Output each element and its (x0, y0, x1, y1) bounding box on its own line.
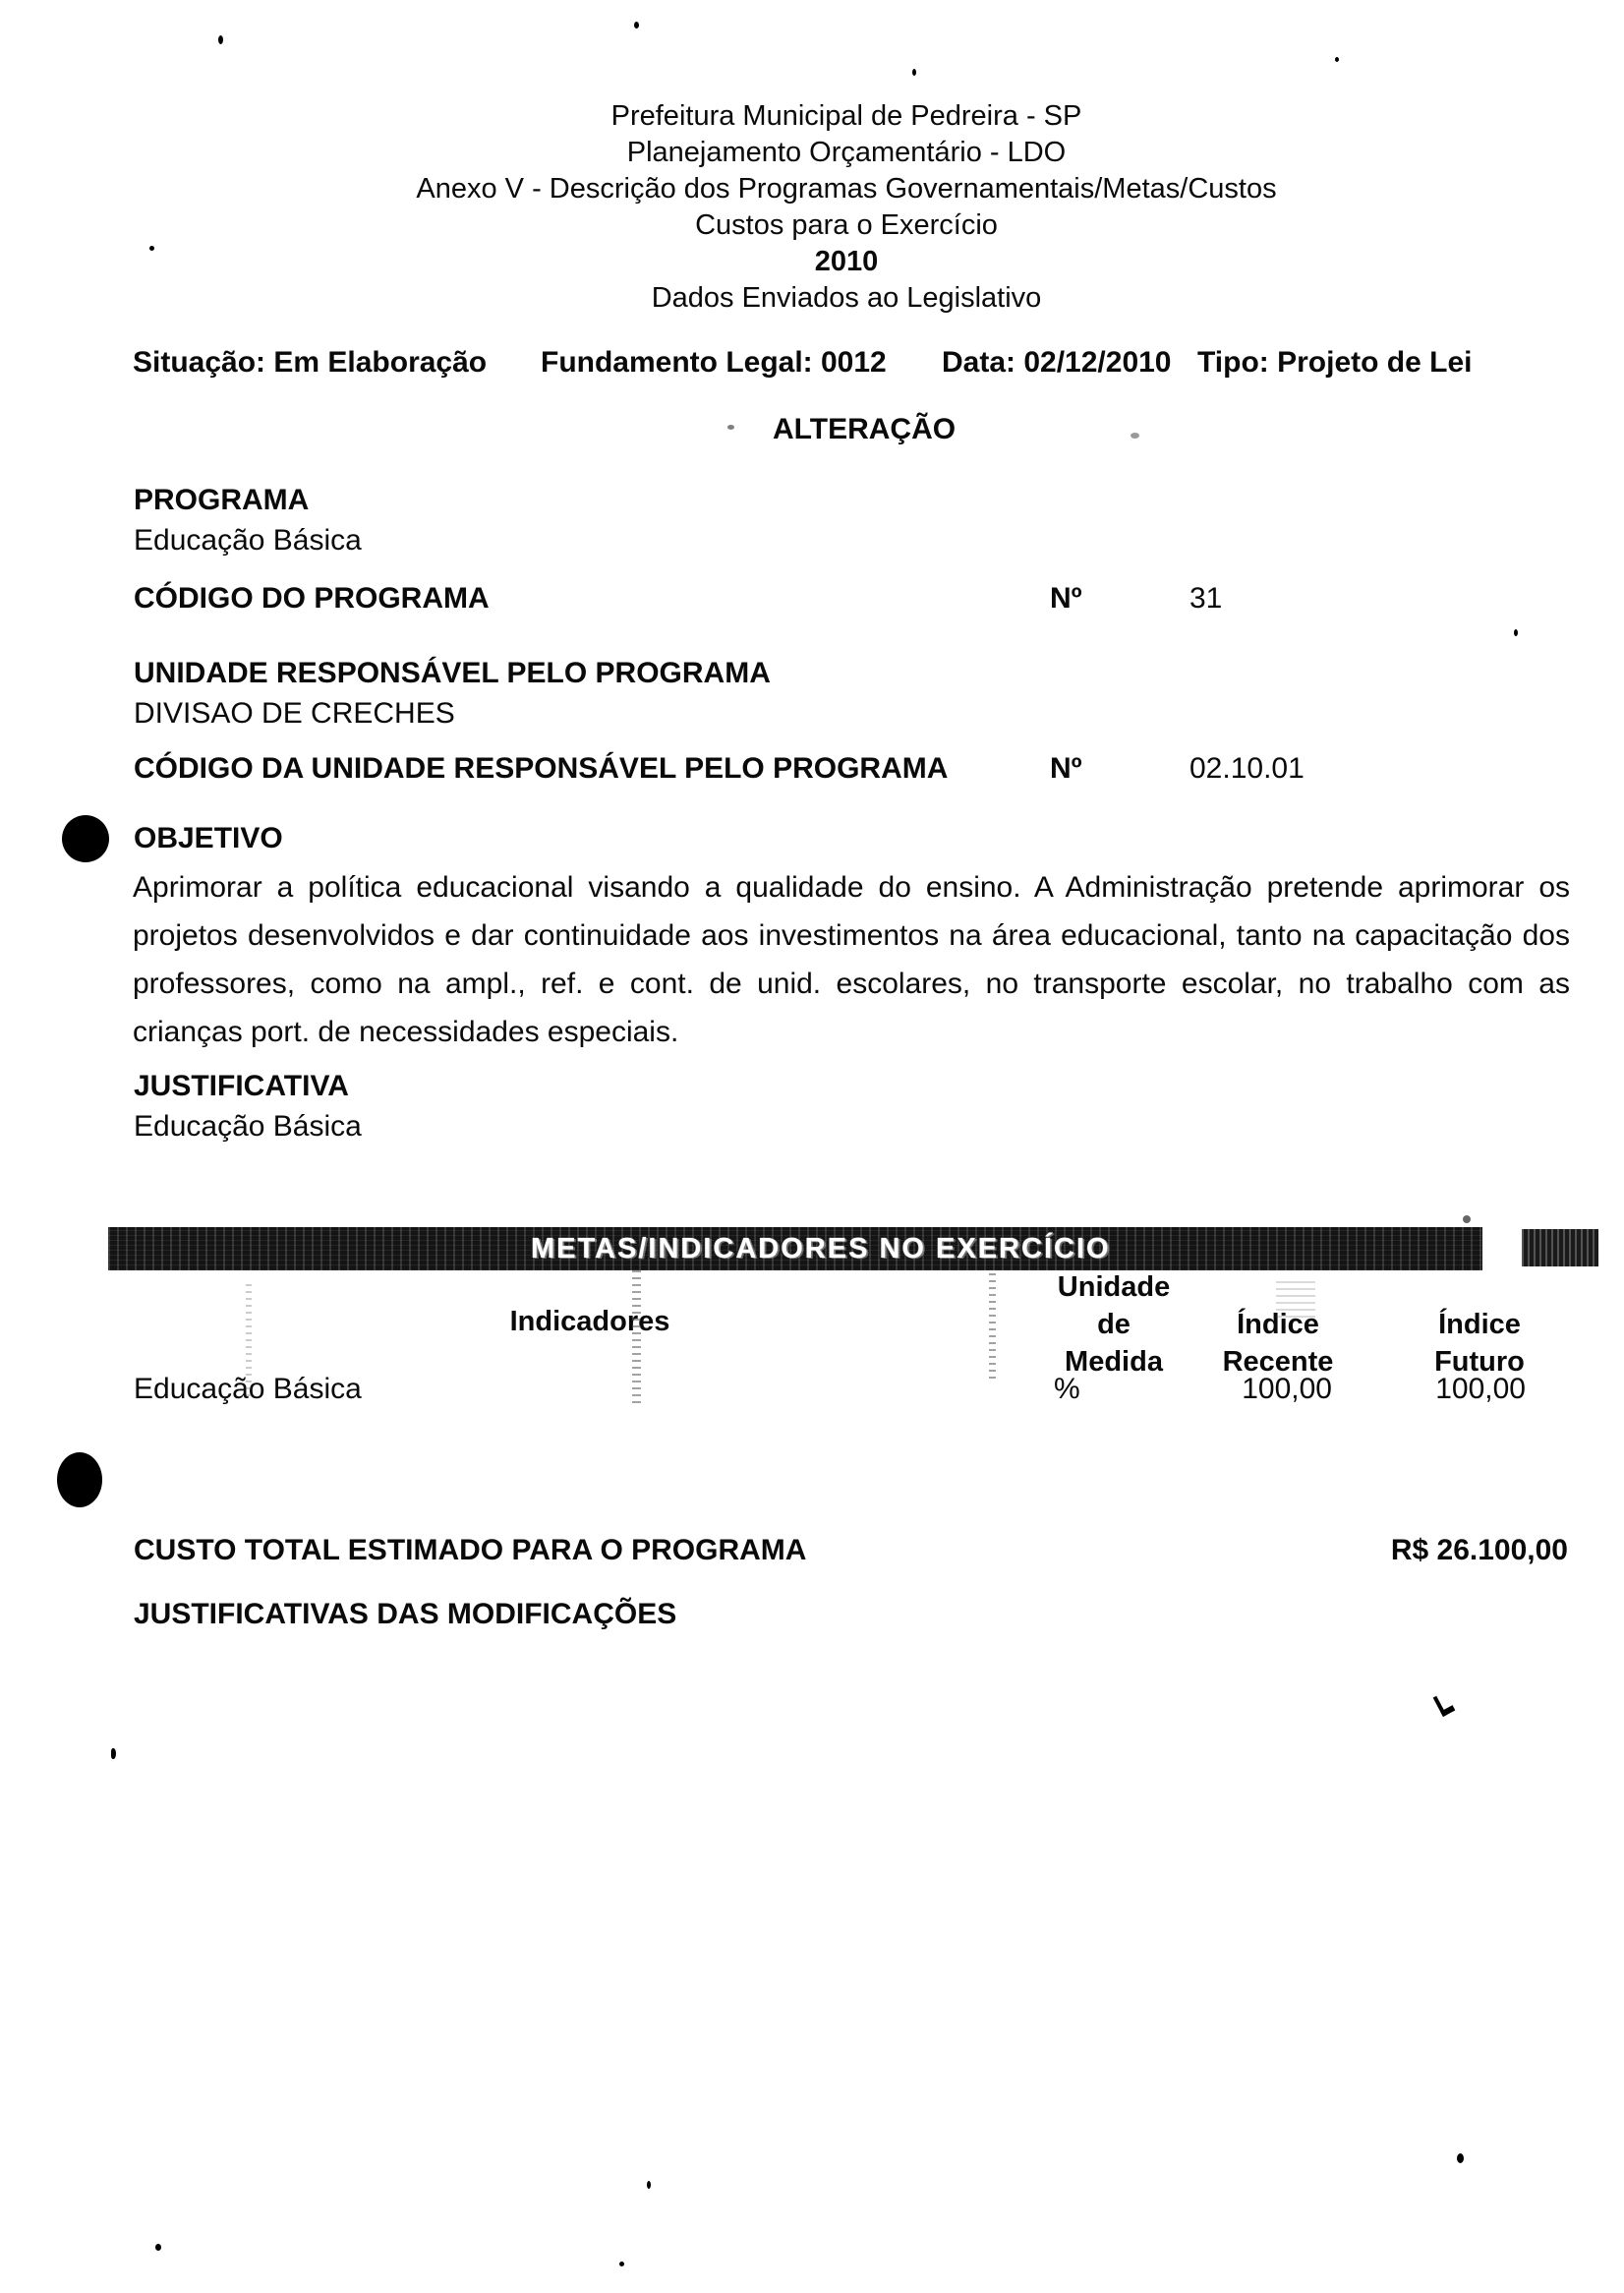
scan-noise (1463, 1215, 1471, 1223)
scan-noise (634, 22, 639, 29)
scan-noise (1276, 1278, 1315, 1318)
status-situacao: Situação: Em Elaboração (133, 346, 487, 380)
row-indice-futuro: 100,00 (1406, 1373, 1526, 1406)
col-header-futuro-line1: Índice (1409, 1306, 1550, 1343)
scan-noise (111, 1748, 116, 1759)
codigo-programa-label: CÓDIGO DO PROGRAMA (134, 582, 490, 616)
metas-band-title: METAS/INDICADORES NO EXERCÍCIO (531, 1233, 1111, 1265)
section-bullet-dot (62, 815, 109, 862)
col-header-unidade-medida: Unidade de Medida (1032, 1268, 1195, 1381)
scan-noise (1335, 57, 1339, 62)
scan-noise (619, 2262, 624, 2266)
objetivo-label: OBJETIVO (134, 822, 283, 855)
scan-noise (727, 425, 734, 430)
document-page: Prefeitura Municipal de Pedreira - SP Pl… (0, 0, 1624, 2293)
header-costs-title: Custos para o Exercício (69, 207, 1624, 244)
metas-band-noise-blob (1522, 1229, 1598, 1266)
header-org-name: Prefeitura Municipal de Pedreira - SP (69, 98, 1624, 135)
section-bullet-dot (57, 1452, 102, 1507)
scan-noise (1514, 629, 1518, 636)
scan-noise (246, 1283, 252, 1396)
col-header-indice-futuro: Índice Futuro (1409, 1306, 1550, 1381)
unidade-responsavel-label: UNIDADE RESPONSÁVEL PELO PROGRAMA (134, 657, 771, 690)
scan-noise (912, 69, 916, 76)
alteracao-label: ALTERAÇÃO (773, 413, 956, 446)
header-year: 2010 (69, 244, 1624, 280)
status-data: Data: 02/12/2010 (942, 346, 1172, 380)
header-subtitle: Planejamento Orçamentário - LDO (69, 135, 1624, 171)
custo-total-value: R$ 26.100,00 (1371, 1534, 1568, 1567)
codigo-programa-numero-label: Nº (1050, 582, 1082, 616)
codigo-unidade-label: CÓDIGO DA UNIDADE RESPONSÁVEL PELO PROGR… (134, 752, 948, 786)
scan-noise (1131, 433, 1139, 439)
row-unidade: % (1054, 1373, 1080, 1406)
row-indice-recente: 100,00 (1209, 1373, 1332, 1406)
scan-noise (149, 246, 154, 251)
codigo-unidade-value: 02.10.01 (1189, 752, 1305, 786)
scan-noise (218, 35, 223, 44)
justificativa-value: Educação Básica (134, 1110, 362, 1144)
objetivo-text: Aprimorar a política educacional visando… (133, 863, 1570, 1056)
scan-noise (1457, 2153, 1464, 2163)
justificativa-label: JUSTIFICATIVA (134, 1070, 349, 1103)
header-annex-title: Anexo V - Descrição dos Programas Govern… (69, 171, 1624, 207)
codigo-unidade-numero-label: Nº (1050, 752, 1082, 786)
justificativas-modificacoes-label: JUSTIFICATIVAS DAS MODIFICAÇÕES (134, 1598, 676, 1631)
status-tipo: Tipo: Projeto de Lei (1197, 346, 1472, 380)
scan-noise (1433, 1691, 1456, 1717)
scan-noise (647, 2181, 651, 2189)
metas-band: METAS/INDICADORES NO EXERCÍCIO (108, 1227, 1482, 1270)
programa-label: PROGRAMA (134, 484, 309, 517)
codigo-programa-value: 31 (1189, 582, 1222, 616)
scan-noise (155, 2244, 161, 2251)
scan-noise (632, 1270, 641, 1403)
scan-noise (989, 1270, 996, 1379)
header-legislative-note: Dados Enviados ao Legislativo (69, 280, 1624, 317)
programa-value: Educação Básica (134, 524, 362, 558)
status-fundamento-legal: Fundamento Legal: 0012 (541, 346, 887, 380)
document-header: Prefeitura Municipal de Pedreira - SP Pl… (69, 98, 1624, 317)
col-header-indicadores: Indicadores (442, 1306, 737, 1338)
custo-total-label: CUSTO TOTAL ESTIMADO PARA O PROGRAMA (134, 1534, 806, 1567)
col-header-unidade-line2: de (1032, 1306, 1195, 1343)
col-header-unidade-line1: Unidade (1032, 1268, 1195, 1306)
unidade-responsavel-value: DIVISAO DE CRECHES (134, 697, 455, 731)
